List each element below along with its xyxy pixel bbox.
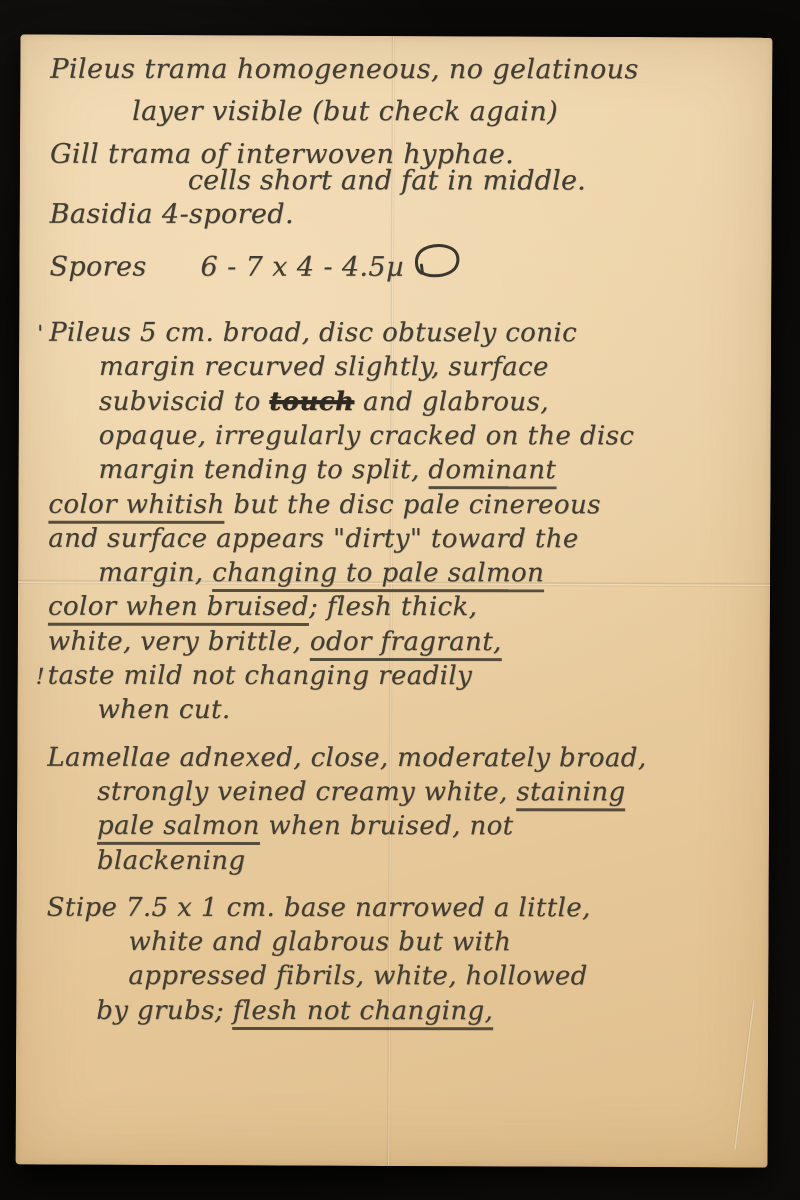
- handwritten-text: by grubs;: [96, 996, 232, 1026]
- handwritten-line: margin recurved slightly, surface: [99, 354, 763, 382]
- handwritten-text: when bruised, not: [260, 811, 514, 841]
- underline-text: odor fragrant,: [310, 627, 502, 661]
- handwritten-text: white and glabrous but with: [128, 927, 511, 957]
- handwritten-text: white, very brittle,: [48, 626, 310, 656]
- handwritten-line: margin tending to split, dominant: [99, 457, 763, 485]
- margin-mark: !: [36, 666, 45, 689]
- handwritten-line: 'Pileus 5 cm. broad, disc obtusely conic: [49, 320, 763, 348]
- handwritten-line: white, very brittle, odor fragrant,: [48, 628, 762, 656]
- handwritten-line: when cut.: [98, 697, 762, 725]
- underline-text: color whitish: [48, 489, 224, 523]
- paragraph-microscopy-notes: Pileus trama homogeneous, no gelatinousl…: [35, 54, 764, 293]
- handwritten-text: margin,: [98, 558, 212, 588]
- handwritten-text: Pileus 5 cm. broad, disc obtusely conic: [49, 318, 577, 348]
- handwritten-line: color when bruised; flesh thick,: [48, 594, 762, 622]
- handwritten-text: strongly veined creamy white,: [97, 777, 516, 807]
- handwritten-line: and surface appears "dirty" toward the: [48, 526, 762, 554]
- handwritten-text: Spores 6 - 7 x 4 - 4.5µ: [49, 251, 403, 282]
- handwritten-line: Lamellae adnexed, close, moderately broa…: [47, 744, 761, 772]
- paragraph-pileus-description: 'Pileus 5 cm. broad, disc obtusely conic…: [33, 318, 763, 726]
- handwritten-line: pale salmon when bruised, not: [97, 813, 761, 841]
- note-paragraphs: Pileus trama homogeneous, no gelatinousl…: [16, 34, 773, 1167]
- handwritten-line: color whitish but the disc pale cinereou…: [48, 491, 762, 519]
- handwritten-line: Stipe 7.5 x 1 cm. base narrowed a little…: [47, 895, 761, 923]
- strike-text: touch: [269, 387, 354, 417]
- underline-text: changing to pale salmon: [212, 558, 544, 592]
- handwritten-text: subviscid to: [99, 387, 269, 417]
- handwritten-text: ; flesh thick,: [309, 592, 477, 622]
- handwritten-text: opaque, irregularly cracked on the disc: [99, 421, 635, 451]
- handwritten-text: Pileus trama homogeneous, no gelatinous: [50, 54, 638, 86]
- handwritten-line: blackening: [97, 847, 761, 875]
- handwritten-line: cells short and fat in middle.: [188, 167, 764, 196]
- handwritten-line: appressed fibrils, white, hollowed: [128, 963, 760, 991]
- underline-text: dominant: [428, 455, 556, 489]
- handwritten-text: when cut.: [98, 695, 231, 725]
- handwritten-text: and surface appears "dirty" toward the: [48, 524, 578, 554]
- handwritten-text: Stipe 7.5 x 1 cm. base narrowed a little…: [47, 893, 591, 923]
- margin-mark: ': [37, 323, 43, 346]
- handwritten-line: Pileus trama homogeneous, no gelatinous: [50, 56, 764, 85]
- handwritten-line: !taste mild not changing readily: [48, 663, 762, 691]
- handwritten-line: subviscid to touch and glabrous,: [99, 389, 763, 417]
- handwritten-line: opaque, irregularly cracked on the disc: [99, 423, 763, 451]
- paragraph-stipe-description: Stipe 7.5 x 1 cm. base narrowed a little…: [32, 893, 761, 1026]
- handwritten-line: strongly veined creamy white, staining: [97, 779, 761, 807]
- handwritten-line: layer visible (but check again): [132, 98, 764, 127]
- spore-sketch: [410, 240, 464, 288]
- handwritten-text: cells short and fat in middle.: [188, 165, 586, 196]
- handwritten-line: Spores 6 - 7 x 4 - 4.5µ: [49, 243, 763, 292]
- handwritten-text: Basidia 4-spored.: [50, 199, 294, 230]
- handwritten-text: appressed fibrils, white, hollowed: [128, 961, 587, 991]
- notebook-page: Pileus trama homogeneous, no gelatinousl…: [16, 34, 773, 1167]
- handwritten-text: margin recurved slightly, surface: [99, 352, 549, 382]
- underline-text: flesh not changing,: [233, 996, 494, 1030]
- handwritten-text: blackening: [97, 845, 246, 875]
- handwritten-text: Lamellae adnexed, close, moderately broa…: [47, 742, 646, 773]
- underline-text: pale salmon: [97, 811, 260, 845]
- handwritten-text: taste mild not changing readily: [48, 661, 473, 691]
- handwritten-text: layer visible (but check again): [132, 96, 558, 127]
- underline-text: color when bruised: [48, 592, 309, 626]
- handwritten-text: and glabrous,: [354, 387, 549, 417]
- handwritten-line: white and glabrous but with: [128, 929, 760, 957]
- photo-background: { "scene": { "background_color": "#0b0a0…: [0, 0, 800, 1200]
- handwritten-line: Basidia 4-spored.: [50, 201, 764, 230]
- handwritten-line: by grubs; flesh not changing,: [96, 998, 760, 1026]
- handwritten-text: but the disc pale cinereous: [225, 489, 601, 519]
- handwritten-line: margin, changing to pale salmon: [98, 560, 762, 588]
- paragraph-lamellae-description: Lamellae adnexed, close, moderately broa…: [33, 743, 762, 876]
- underline-text: staining: [516, 777, 625, 811]
- handwritten-text: margin tending to split,: [99, 455, 429, 485]
- spore-outline: [410, 240, 464, 282]
